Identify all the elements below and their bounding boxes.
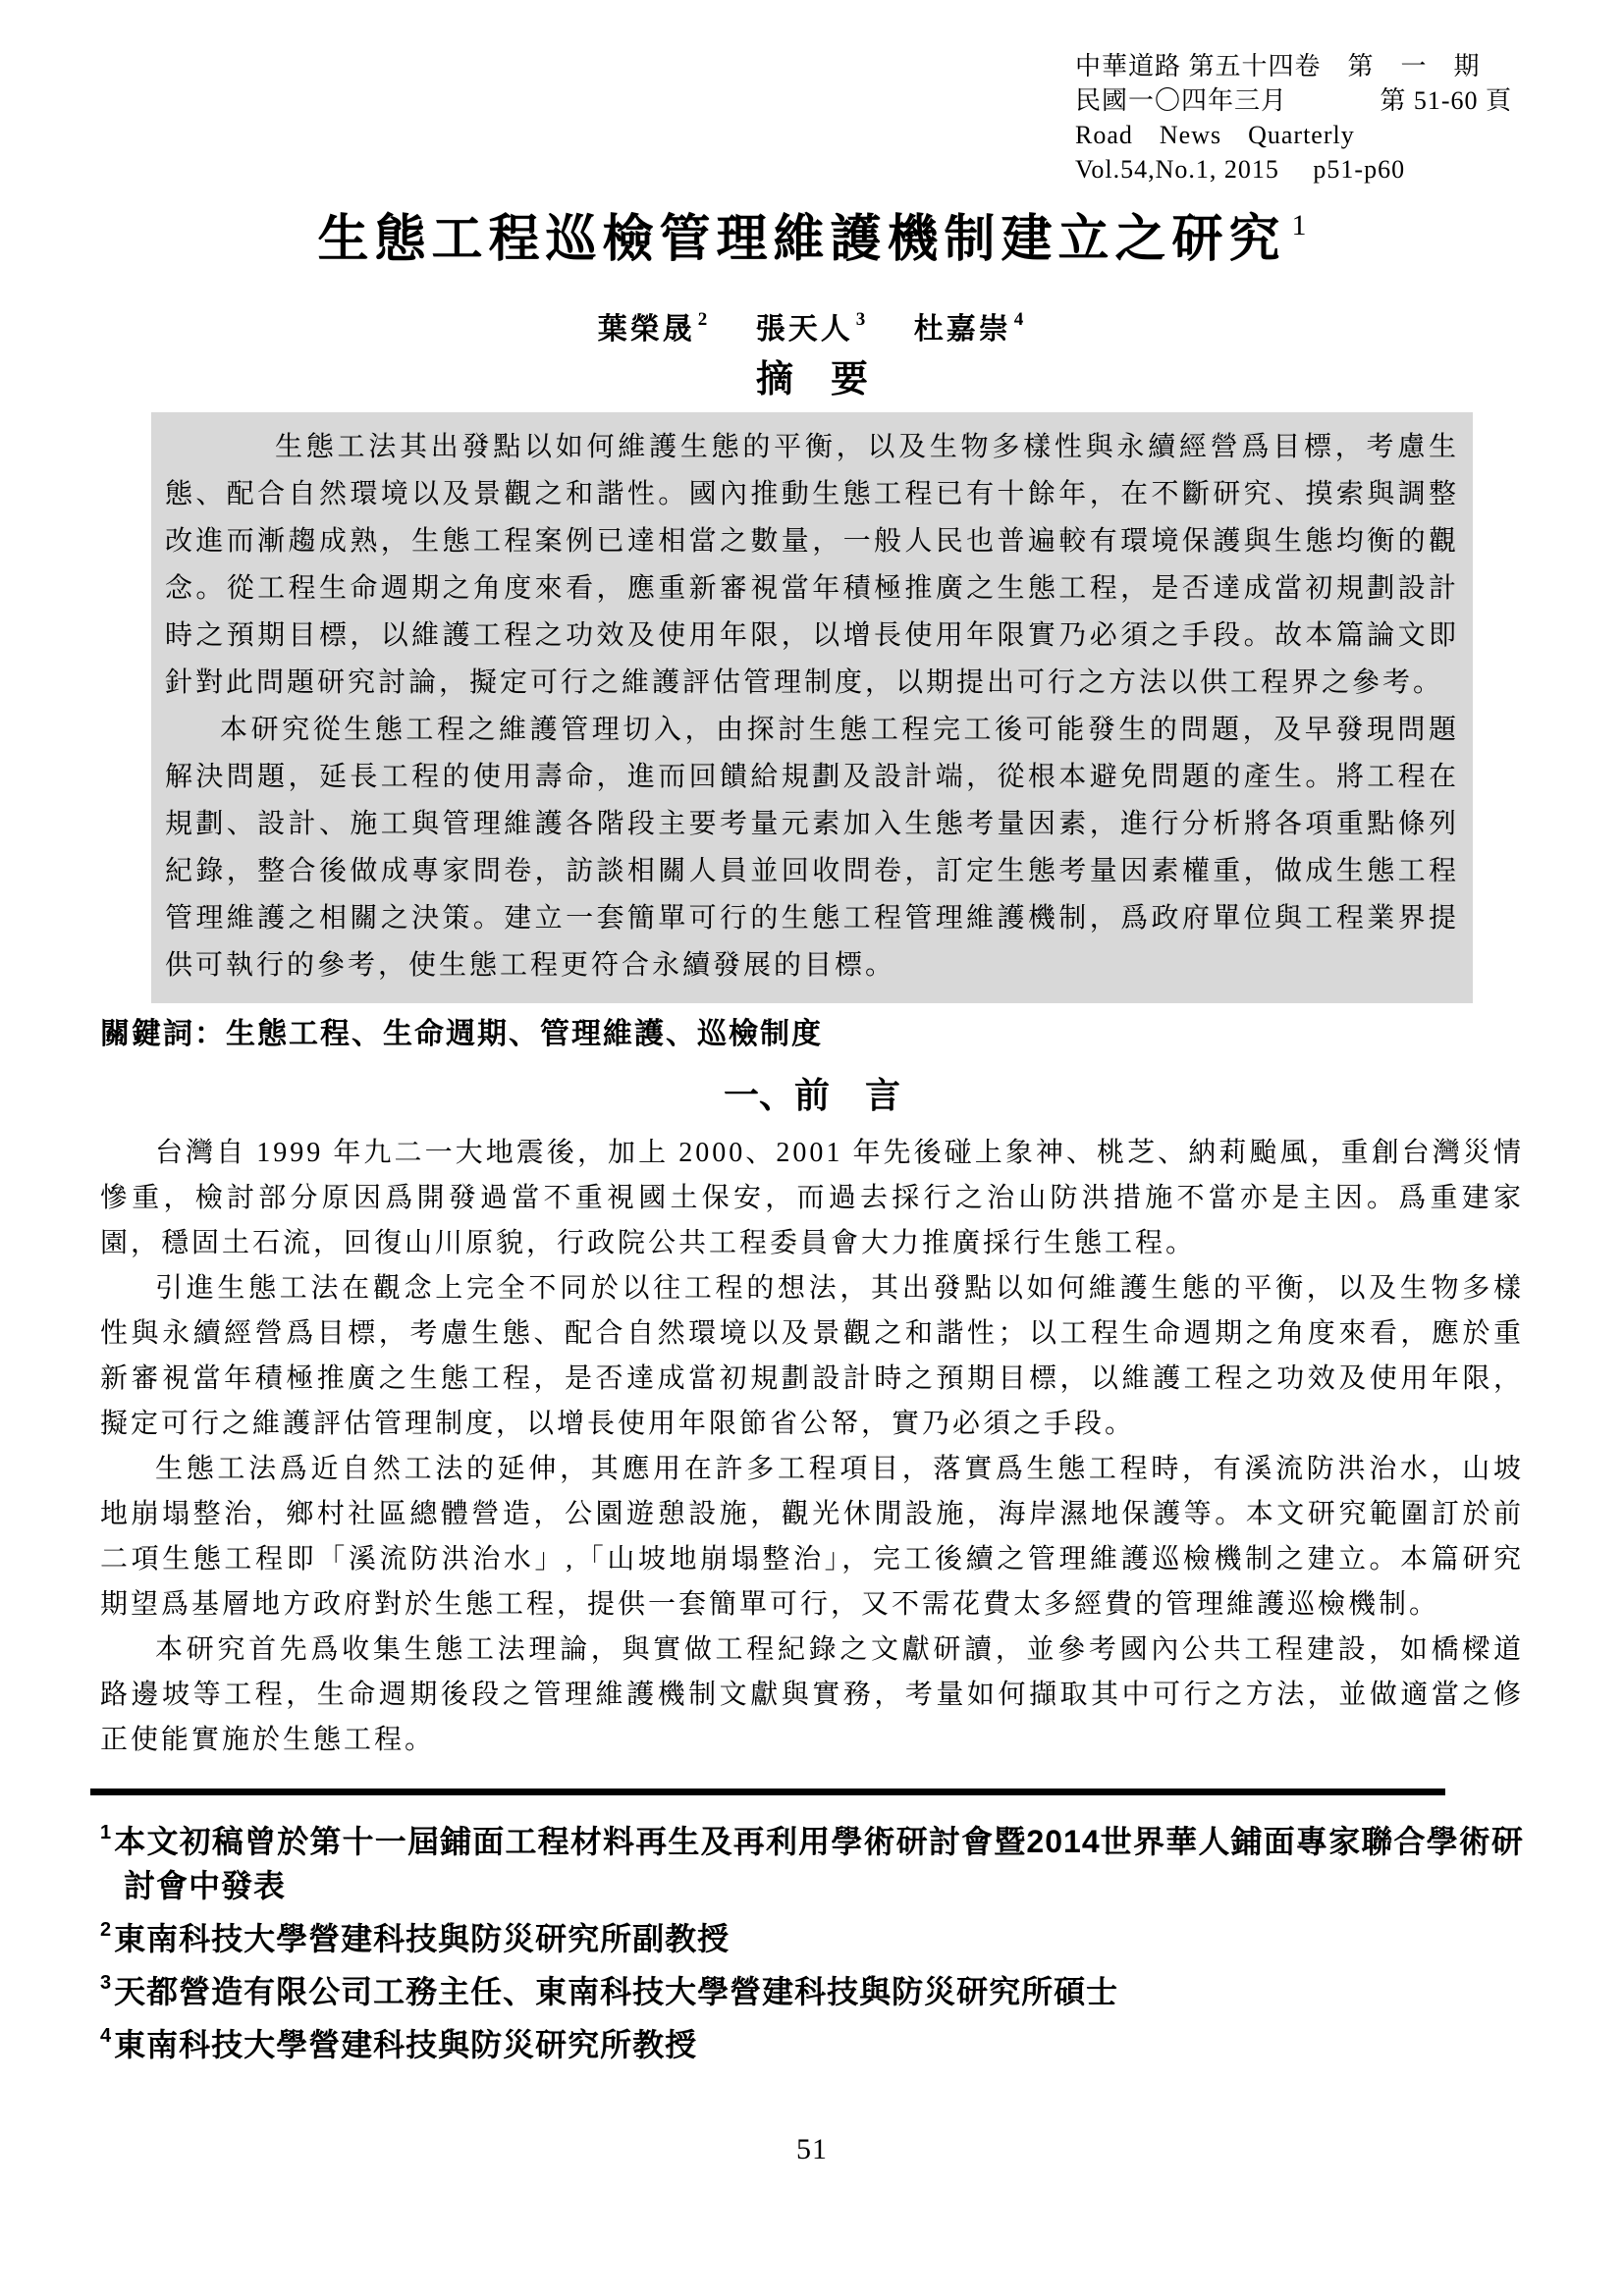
author-2: 張天人3 (756, 313, 869, 346)
footnote-2-text: 東南科技大學營建科技與防災研究所副教授 (114, 1921, 730, 1956)
page-number: 51 (0, 2133, 1624, 2166)
intro-paragraph-3: 生態工法爲近自然工法的延伸，其應用在許多工程項目，落實爲生態工程時，有溪流防洪治… (100, 1447, 1524, 1628)
section-heading-introduction: 一、前 言 (100, 1074, 1524, 1117)
journal-title-volume: 中華道路 第五十四卷 第 一 期 (1075, 49, 1512, 83)
abstract-box: 生態工法其出發點以如何維護生態的平衡，以及生物多樣性與永續經營爲目標，考慮生態、… (151, 412, 1473, 1003)
keywords-line: 關鍵詞：生態工程、生命週期、管理維護、巡檢制度 (100, 1015, 1524, 1054)
author-1-name: 葉榮晟 (598, 313, 695, 346)
author-3-name: 杜嘉崇 (914, 313, 1011, 346)
journal-header: 中華道路 第五十四卷 第 一 期 民國一〇四年三月 第 51-60 頁 Road… (1075, 49, 1512, 187)
authors-line: 葉榮晟2 張天人3 杜嘉崇4 (100, 304, 1524, 347)
author-1-footnote-ref: 2 (698, 309, 711, 330)
paper-page: 中華道路 第五十四卷 第 一 期 民國一〇四年三月 第 51-60 頁 Road… (0, 0, 1624, 2296)
footnote-2: 2東南科技大學營建科技與防災研究所副教授 (100, 1908, 1524, 1961)
paper-title: 生態工程巡檢管理維護機制建立之研究1 (100, 196, 1524, 270)
abstract-paragraph-2: 本研究從生態工程之維護管理切入，由探討生態工程完工後可能發生的問題，及早發現問題… (165, 707, 1459, 989)
abstract-paragraph-1: 生態工法其出發點以如何維護生態的平衡，以及生物多樣性與永續經營爲目標，考慮生態、… (165, 424, 1459, 707)
author-2-name: 張天人 (756, 313, 853, 346)
paper-title-text: 生態工程巡檢管理維護機制建立之研究 (317, 212, 1285, 268)
author-2-footnote-ref: 3 (856, 309, 869, 330)
footnote-3-ref: 3 (100, 1972, 112, 1994)
journal-page-range: 第 51-60 頁 (1380, 83, 1512, 118)
footnote-divider-rule (90, 1789, 1445, 1795)
journal-volume-english: Vol.54,No.1, 2015 p51-p60 (1075, 152, 1512, 187)
intro-paragraph-2: 引進生態工法在觀念上完全不同於以往工程的想法，其出發點以如何維護生態的平衡，以及… (100, 1266, 1524, 1447)
footnotes-section: 1本文初稿曾於第十一屆鋪面工程材料再生及再利用學術研討會暨2014世界華人鋪面專… (100, 1811, 1524, 2067)
footnote-4-text: 東南科技大學營建科技與防災研究所教授 (114, 2027, 697, 2062)
footnote-1: 1本文初稿曾於第十一屆鋪面工程材料再生及再利用學術研討會暨2014世界華人鋪面專… (100, 1811, 1524, 1908)
author-3-footnote-ref: 4 (1014, 309, 1027, 330)
journal-date: 民國一〇四年三月 (1075, 83, 1287, 118)
intro-paragraph-1: 台灣自 1999 年九二一大地震後，加上 2000、2001 年先後碰上象神、桃… (100, 1131, 1524, 1266)
journal-name-english: Road News Quarterly (1075, 118, 1512, 152)
footnote-2-ref: 2 (100, 1919, 112, 1941)
footnote-1-ref: 1 (100, 1822, 112, 1843)
author-3: 杜嘉崇4 (914, 313, 1027, 346)
footnote-4-ref: 4 (100, 2025, 112, 2047)
footnote-1-text: 本文初稿曾於第十一屆鋪面工程材料再生及再利用學術研討會暨2014世界華人鋪面專家… (114, 1824, 1524, 1903)
author-1: 葉榮晟2 (598, 313, 711, 346)
footnote-3: 3天都營造有限公司工務主任、東南科技大學營建科技與防災研究所碩士 (100, 1961, 1524, 2014)
introduction-body: 台灣自 1999 年九二一大地震後，加上 2000、2001 年先後碰上象神、桃… (100, 1131, 1524, 1763)
footnote-4: 4東南科技大學營建科技與防災研究所教授 (100, 2014, 1524, 2067)
title-footnote-ref: 1 (1292, 209, 1307, 241)
footnote-3-text: 天都營造有限公司工務主任、東南科技大學營建科技與防災研究所碩士 (114, 1974, 1118, 2009)
intro-paragraph-4: 本研究首先爲收集生態工法理論，與實做工程紀錄之文獻研讀，並參考國內公共工程建設，… (100, 1628, 1524, 1763)
abstract-heading: 摘 要 (100, 357, 1524, 402)
journal-date-pages: 民國一〇四年三月 第 51-60 頁 (1075, 83, 1512, 118)
